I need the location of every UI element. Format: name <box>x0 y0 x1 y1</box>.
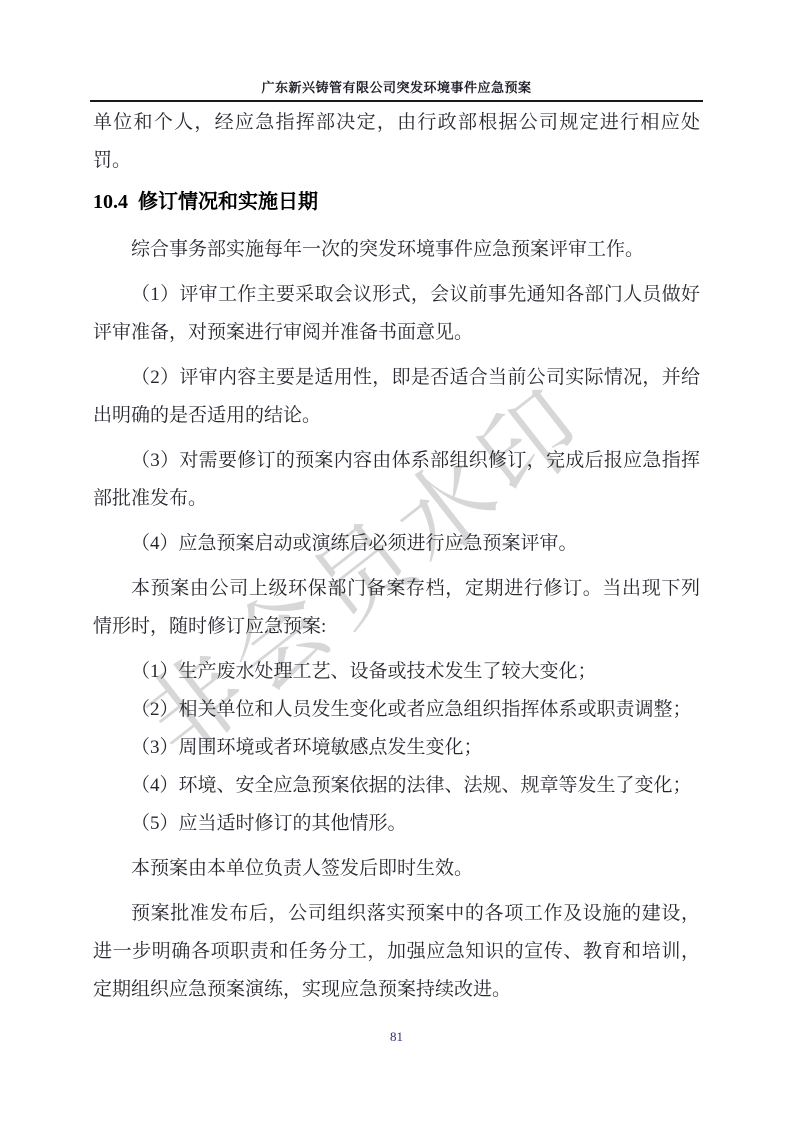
page-number: 81 <box>390 1029 403 1044</box>
list-item-revision-condition: （1）生产废水处理工艺、设备或技术发生了较大变化； <box>93 653 700 691</box>
list-item-revision-condition: （5）应当适时修订的其他情形。 <box>93 805 700 843</box>
body-paragraph: 综合事务部实施每年一次的突发环境事件应急预案评审工作。 <box>93 231 700 269</box>
body-paragraph: （3）对需要修订的预案内容由体系部组织修订，完成后报应急指挥部批准发布。 <box>93 442 700 518</box>
body-paragraph: 本预案由公司上级环保部门备案存档，定期进行修订。当出现下列情形时，随时修订应急预… <box>93 570 700 646</box>
section-title: 修订情况和实施日期 <box>138 191 318 213</box>
list-item-revision-condition: （4）环境、安全应急预案依据的法律、法规、规章等发生了变化； <box>93 767 700 805</box>
body-paragraph: 本预案由本单位负责人签发后即时生效。 <box>93 850 700 888</box>
body-paragraph-continuation: 单位和个人，经应急指挥部决定，由行政部根据公司规定进行相应处罚。 <box>93 104 700 180</box>
body-paragraph: （1）评审工作主要采取会议形式，会议前事先通知各部门人员做好评审准备，对预案进行… <box>93 276 700 352</box>
body-paragraph: 预案批准发布后，公司组织落实预案中的各项工作及设施的建设，进一步明确各项职责和任… <box>93 895 700 1009</box>
section-heading: 10.4修订情况和实施日期 <box>93 187 700 217</box>
document-body: 单位和个人，经应急指挥部决定，由行政部根据公司规定进行相应处罚。 10.4修订情… <box>93 104 700 1016</box>
section-number: 10.4 <box>93 191 128 213</box>
body-paragraph: （2）评审内容主要是适用性，即是否适合当前公司实际情况，并给出明确的是否适用的结… <box>93 359 700 435</box>
header-rule <box>90 100 703 102</box>
page-footer: 81 <box>0 1028 793 1046</box>
list-item-revision-condition: （3）周围环境或者环境敏感点发生变化； <box>93 729 700 767</box>
document-page: 非会员水印 广东新兴铸管有限公司突发环境事件应急预案 单位和个人，经应急指挥部决… <box>0 0 793 1122</box>
running-header-title: 广东新兴铸管有限公司突发环境事件应急预案 <box>90 79 703 97</box>
body-paragraph: （4）应急预案启动或演练后必须进行应急预案评审。 <box>93 525 700 563</box>
list-item-revision-condition: （2）相关单位和人员发生变化或者应急组织指挥体系或职责调整； <box>93 691 700 729</box>
